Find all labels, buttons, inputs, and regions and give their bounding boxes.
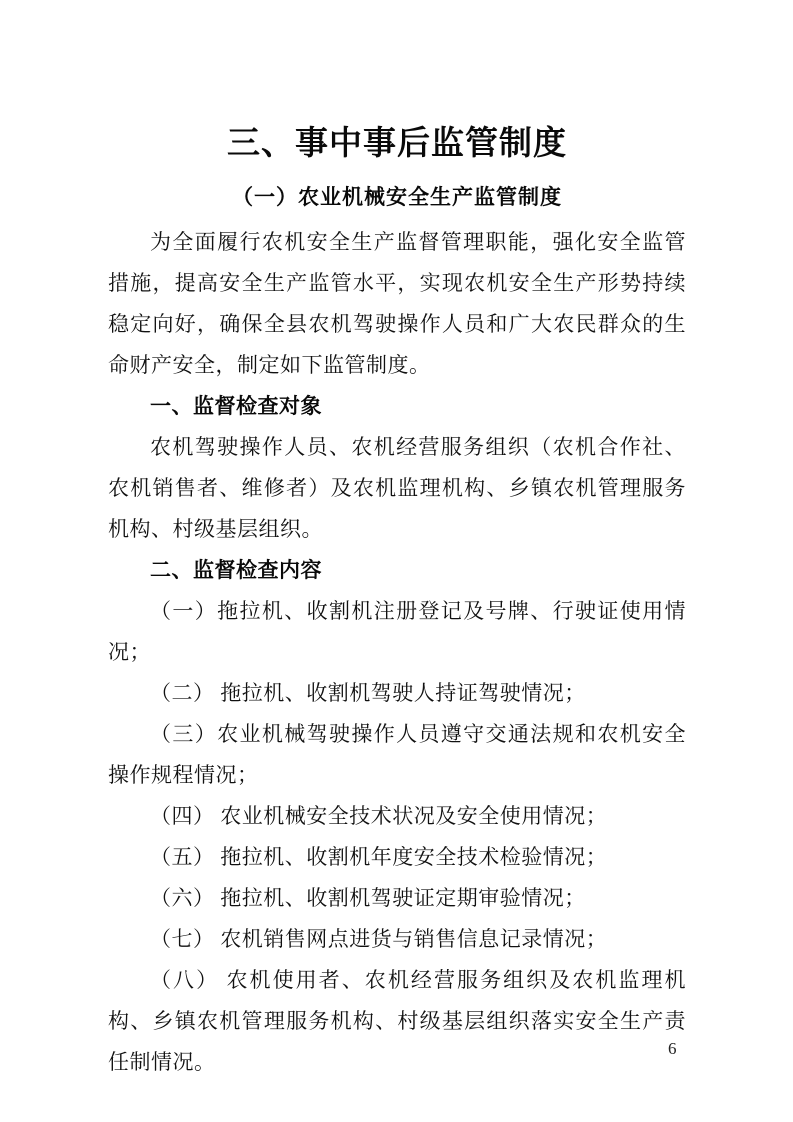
list-item: （五） 拖拉机、收割机年度安全技术检验情况； (108, 837, 686, 878)
list-item: （六） 拖拉机、收割机驾驶证定期审验情况； (108, 878, 686, 919)
heading-inspection-content: 二、监督检查内容 (108, 550, 686, 591)
list-item: （一）拖拉机、收割机注册登记及号牌、行驶证使用情况； (108, 591, 686, 673)
page-title: 三、事中事后监管制度 (108, 0, 686, 164)
page-number: 6 (668, 1038, 677, 1060)
document-body: 为全面履行农机安全生产监督管理职能，强化安全监管措施，提高安全生产监管水平，实现… (108, 222, 686, 1083)
intro-paragraph: 为全面履行农机安全生产监督管理职能，强化安全监管措施，提高安全生产监管水平，实现… (108, 222, 686, 386)
list-item: （七） 农机销售网点进货与销售信息记录情况； (108, 919, 686, 960)
list-item: （二） 拖拉机、收割机驾驶人持证驾驶情况； (108, 673, 686, 714)
list-item: （八） 农机使用者、农机经营服务组织及农机监理机构、乡镇农机管理服务机构、村级基… (108, 960, 686, 1083)
document-content: 三、事中事后监管制度 （一）农业机械安全生产监管制度 为全面履行农机安全生产监督… (108, 0, 686, 1083)
list-item: （四） 农业机械安全技术状况及安全使用情况； (108, 796, 686, 837)
document-page: 三、事中事后监管制度 （一）农业机械安全生产监管制度 为全面履行农机安全生产监督… (0, 0, 793, 1122)
list-item: （三）农业机械驾驶操作人员遵守交通法规和农机安全操作规程情况； (108, 714, 686, 796)
heading-inspection-targets: 一、监督检查对象 (108, 386, 686, 427)
inspection-targets-paragraph: 农机驾驶操作人员、农机经营服务组织（农机合作社、农机销售者、维修者）及农机监理机… (108, 427, 686, 550)
section-subtitle: （一）农业机械安全生产监管制度 (108, 164, 686, 212)
